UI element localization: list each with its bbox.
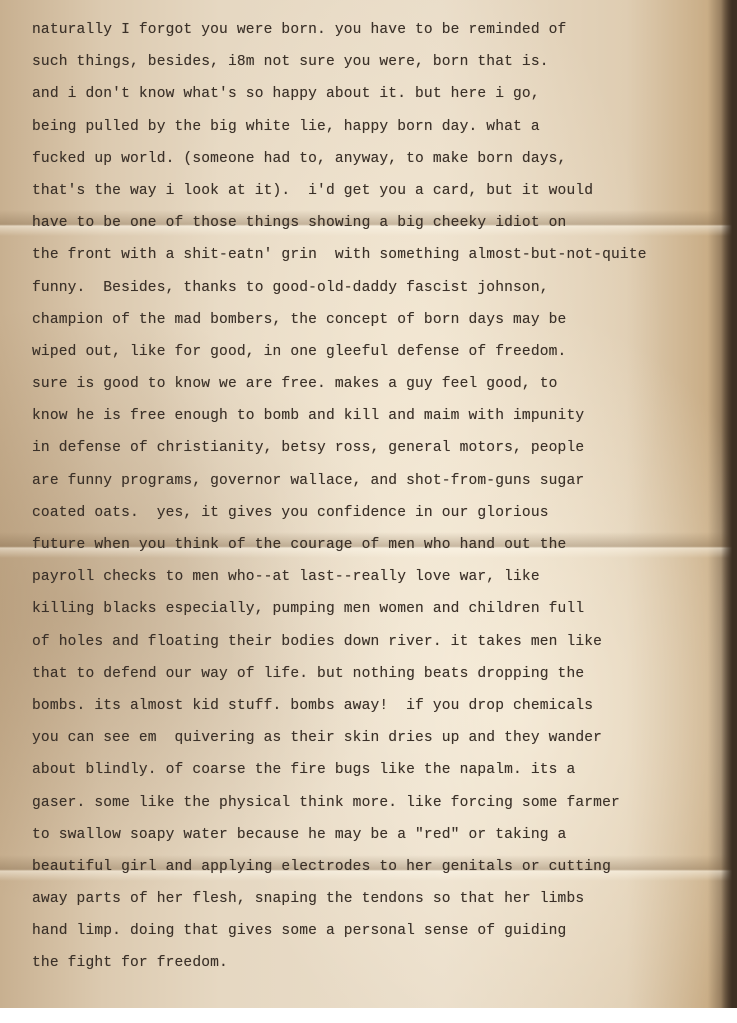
typed-letter-body: naturally I forgot you were born. you ha…: [32, 14, 732, 980]
letter-line: away parts of her flesh, snaping the ten…: [32, 883, 732, 915]
letter-line: hand limp. doing that gives some a perso…: [32, 915, 732, 947]
letter-line: know he is free enough to bomb and kill …: [32, 400, 732, 432]
letter-line: that's the way i look at it). i'd get yo…: [32, 175, 732, 207]
letter-line: and i don't know what's so happy about i…: [32, 78, 732, 110]
letter-line: funny. Besides, thanks to good-old-daddy…: [32, 272, 732, 304]
letter-line: bombs. its almost kid stuff. bombs away!…: [32, 690, 732, 722]
letter-line: fucked up world. (someone had to, anyway…: [32, 143, 732, 175]
letter-line: such things, besides, i8m not sure you w…: [32, 46, 732, 78]
letter-line: of holes and floating their bodies down …: [32, 626, 732, 658]
letter-line: being pulled by the big white lie, happy…: [32, 111, 732, 143]
letter-line: coated oats. yes, it gives you confidenc…: [32, 497, 732, 529]
letter-line: that to defend our way of life. but noth…: [32, 658, 732, 690]
letter-line: to swallow soapy water because he may be…: [32, 819, 732, 851]
letter-line: champion of the mad bombers, the concept…: [32, 304, 732, 336]
letter-line: about blindly. of coarse the fire bugs l…: [32, 754, 732, 786]
letter-line: the front with a shit-eatn' grin with so…: [32, 239, 732, 271]
letter-line: beautiful girl and applying electrodes t…: [32, 851, 732, 883]
letter-line: have to be one of those things showing a…: [32, 207, 732, 239]
letter-line: you can see em quivering as their skin d…: [32, 722, 732, 754]
letter-line: payroll checks to men who--at last--real…: [32, 561, 732, 593]
letter-line: gaser. some like the physical think more…: [32, 787, 732, 819]
letter-line: killing blacks especially, pumping men w…: [32, 593, 732, 625]
letter-line: the fight for freedom.: [32, 947, 732, 979]
letter-line: in defense of christianity, betsy ross, …: [32, 432, 732, 464]
letter-line: are funny programs, governor wallace, an…: [32, 465, 732, 497]
letter-line: naturally I forgot you were born. you ha…: [32, 14, 732, 46]
letter-line: sure is good to know we are free. makes …: [32, 368, 732, 400]
letter-line: future when you think of the courage of …: [32, 529, 732, 561]
letter-line: wiped out, like for good, in one gleeful…: [32, 336, 732, 368]
